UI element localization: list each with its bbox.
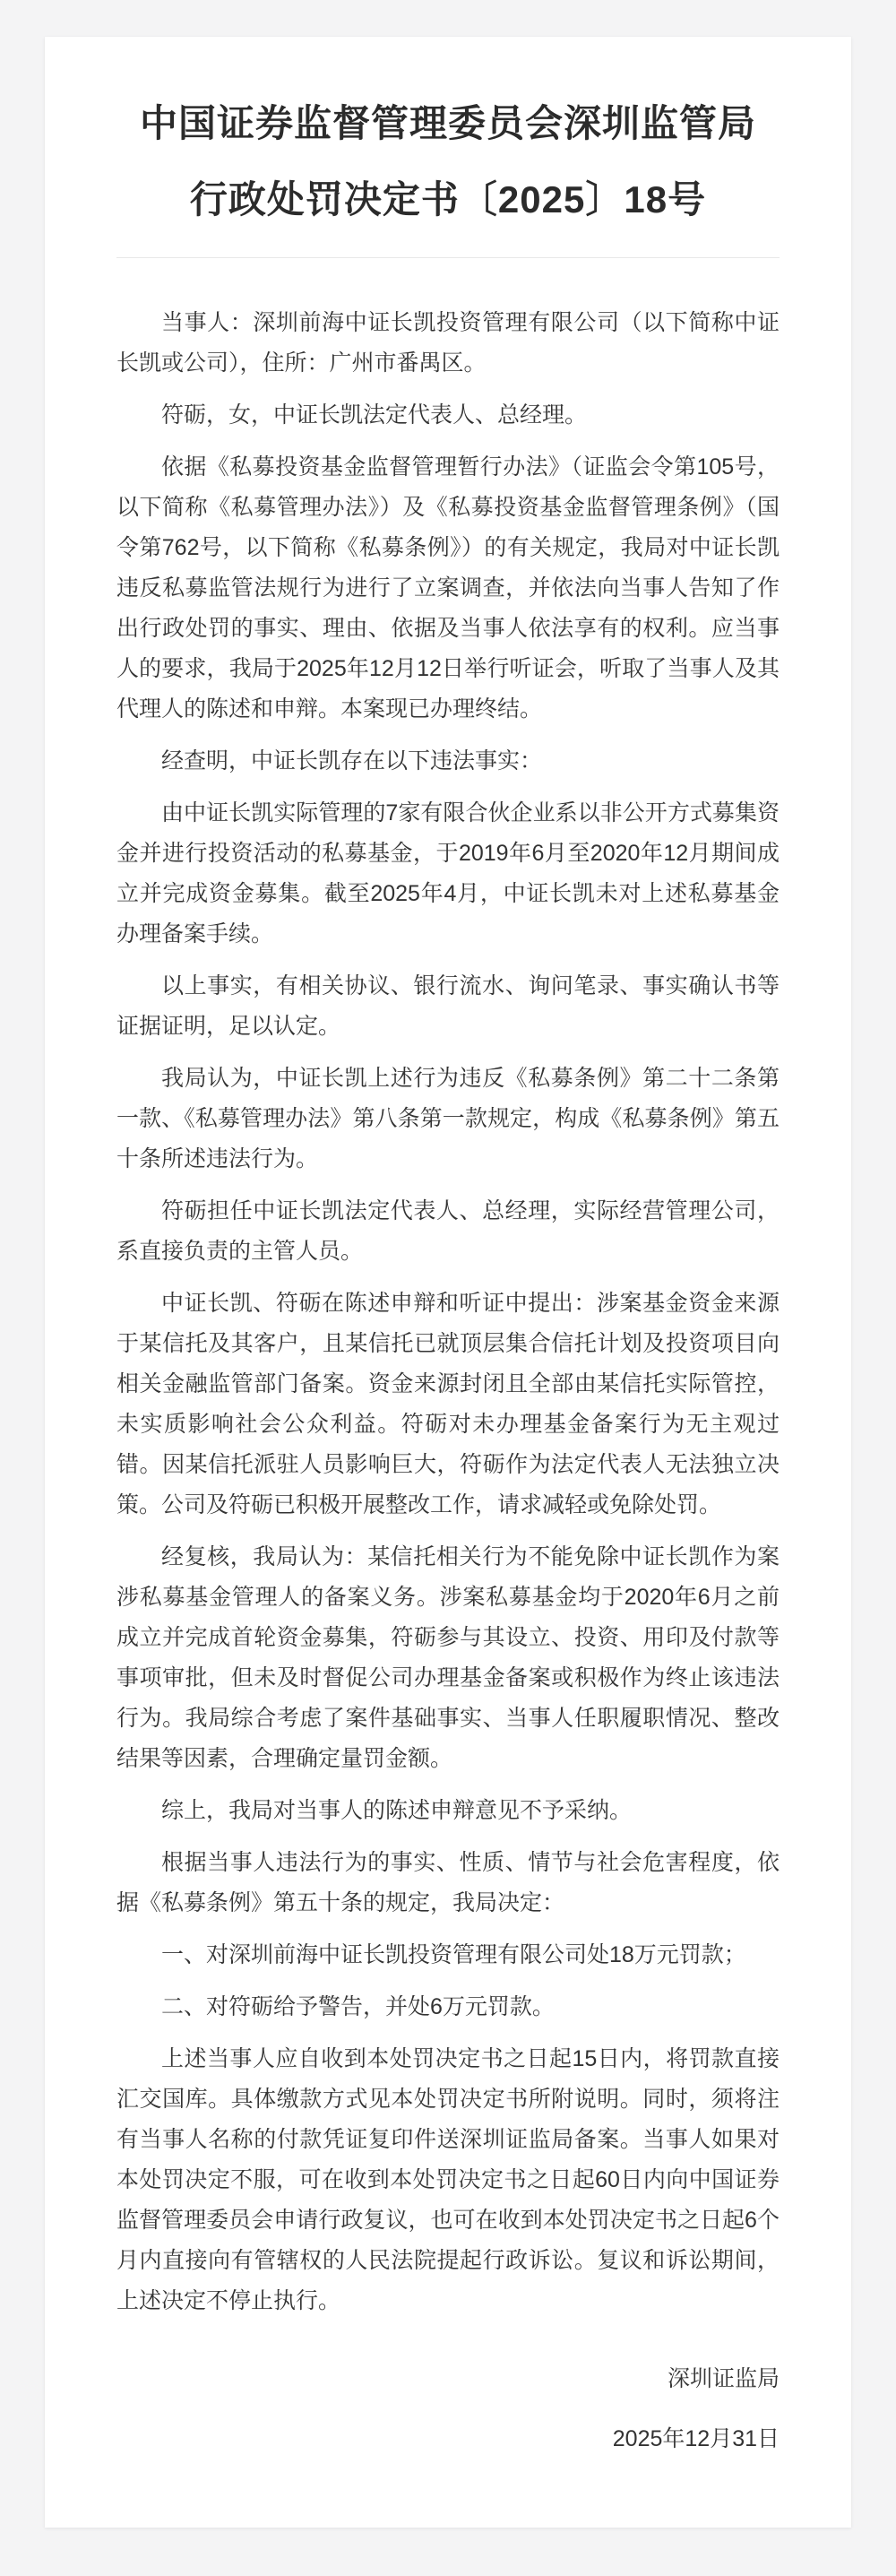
title-line-1: 中国证券监督管理委员会深圳监管局 bbox=[116, 85, 780, 161]
paragraph-parties: 当事人：深圳前海中证长凯投资管理有限公司（以下简称中证长凯或公司），住所：广州市… bbox=[116, 303, 780, 384]
paragraph-rejection: 综上，我局对当事人的陈述申辩意见不予采纳。 bbox=[116, 1791, 780, 1831]
paragraph-violation: 我局认为，中证长凯上述行为违反《私募条例》第二十二条第一款、《私募管理办法》第八… bbox=[116, 1059, 780, 1180]
title-line-2: 行政处罚决定书〔2025〕18号 bbox=[116, 161, 780, 238]
paragraph-evidence: 以上事实，有相关协议、银行流水、询问笔录、事实确认书等证据证明，足以认定。 bbox=[116, 966, 780, 1047]
title-divider bbox=[116, 257, 780, 258]
paragraph-defense: 中证长凯、符砺在陈述申辩和听证中提出：涉案基金资金来源于某信托及其客户，且某信托… bbox=[116, 1284, 780, 1526]
paragraph-decision-item-1: 一、对深圳前海中证长凯投资管理有限公司处18万元罚款； bbox=[116, 1935, 780, 1975]
paragraph-legal-basis: 依据《私募投资基金监督管理暂行办法》（证监会令第105号，以下简称《私募管理办法… bbox=[116, 447, 780, 730]
paragraph-review: 经复核，我局认为：某信托相关行为不能免除中证长凯作为案涉私募基金管理人的备案义务… bbox=[116, 1537, 780, 1779]
paragraph-decision-intro: 根据当事人违法行为的事实、性质、情节与社会危害程度，依据《私募条例》第五十条的规… bbox=[116, 1843, 780, 1923]
paragraph-responsible-person: 符砺担任中证长凯法定代表人、总经理，实际经营管理公司，系直接负责的主管人员。 bbox=[116, 1191, 780, 1272]
signature-authority: 深圳证监局 bbox=[116, 2359, 780, 2399]
paragraph-person: 符砺，女，中证长凯法定代表人、总经理。 bbox=[116, 395, 780, 436]
document-title: 中国证券监督管理委员会深圳监管局 行政处罚决定书〔2025〕18号 bbox=[116, 85, 780, 238]
signature-date: 2025年12月31日 bbox=[116, 2419, 780, 2459]
paragraph-findings-intro: 经查明，中证长凯存在以下违法事实： bbox=[116, 741, 780, 782]
page-background: 中国证券监督管理委员会深圳监管局 行政处罚决定书〔2025〕18号 当事人：深圳… bbox=[0, 0, 896, 2576]
paragraph-payment-appeal: 上述当事人应自收到本处罚决定书之日起15日内，将罚款直接汇交国库。具体缴款方式见… bbox=[116, 2039, 780, 2321]
document-card: 中国证券监督管理委员会深圳监管局 行政处罚决定书〔2025〕18号 当事人：深圳… bbox=[45, 37, 851, 2528]
paragraph-decision-item-2: 二、对符砺给予警告，并处6万元罚款。 bbox=[116, 1987, 780, 2027]
document-body: 当事人：深圳前海中证长凯投资管理有限公司（以下简称中证长凯或公司），住所：广州市… bbox=[116, 303, 780, 2321]
paragraph-facts: 由中证长凯实际管理的7家有限合伙企业系以非公开方式募集资金并进行投资活动的私募基… bbox=[116, 793, 780, 955]
